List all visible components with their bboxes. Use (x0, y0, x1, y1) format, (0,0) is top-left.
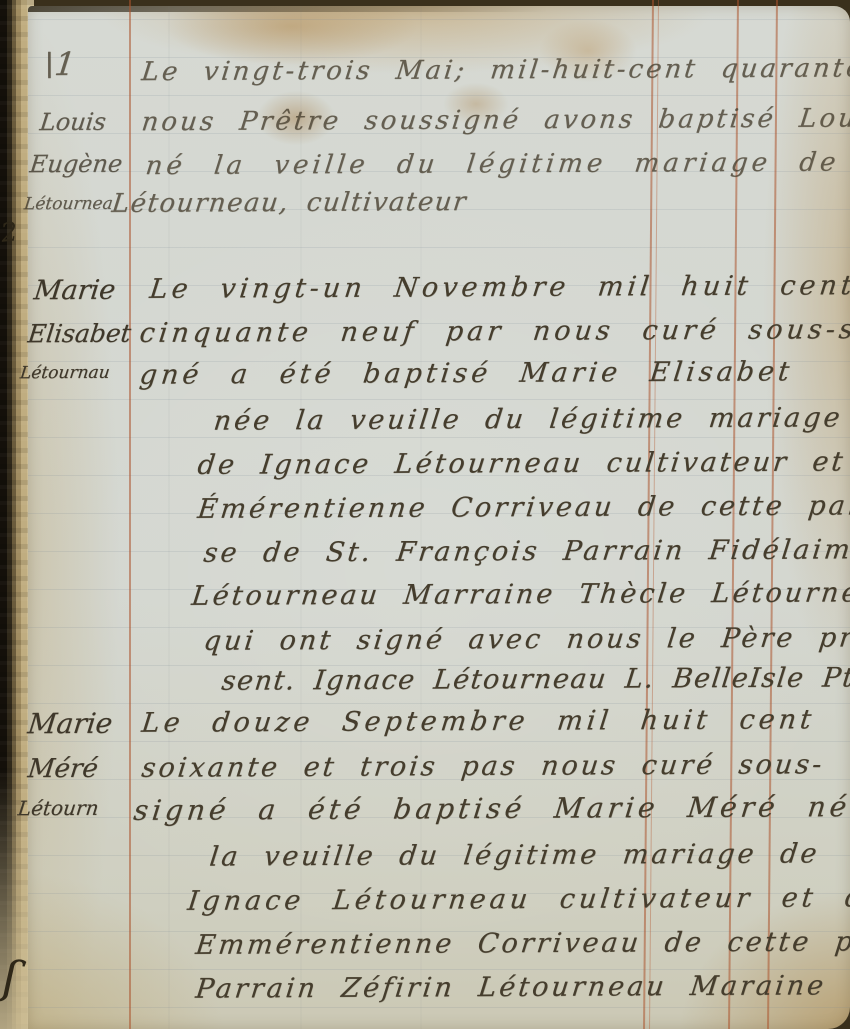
entry3-body-line4: la veuille du légitime mariage de (208, 840, 821, 870)
edge-ink-mark-1: 2 (0, 217, 19, 249)
entry3-body-line7: Parrain Zéfirin Létourneau Maraine (194, 972, 828, 1002)
entry2-body-line5: de Ignace Létourneau cultivateur et de (196, 448, 850, 479)
entry3-body-line1: Le douze Septembre mil huit cent (140, 706, 816, 737)
entry2-margin-name3: Létournau (19, 365, 111, 382)
entry3-margin-name1: Marie (26, 710, 114, 738)
entry1-margin-name2: Eugène (29, 152, 124, 176)
entry2-body-line2: cinquante neuf par nous curé sous-si (138, 316, 850, 347)
entry2-body-line7: se de St. François Parrain Fidélaime (202, 536, 850, 566)
entry2-margin-name2: Elisabet (26, 321, 132, 347)
entry3-body-line5: Ignace Létourneau cultivateur et de (186, 884, 850, 915)
entry1-margin-name1: Louis (39, 110, 108, 134)
entry3-margin-name2: Méré (26, 756, 99, 782)
entry2-body-line4: née la veuille du légitime mariage (212, 404, 844, 434)
margin-rule-left (129, 0, 131, 1029)
register-scan: \1 Le vingt-trois Mai; mil-huit-cent qua… (0, 0, 850, 1029)
entry3-body-line6: Emmérentienne Corriveau de cette para (194, 928, 850, 959)
entry1-body-line3: né la veille du légitime mariage de Loui… (144, 149, 850, 179)
entry2-body-line6: Émérentienne Corriveau de cette parois (196, 492, 850, 523)
entry1-margin-name3: Létournea (23, 196, 114, 213)
record-number: \1 (42, 48, 77, 80)
entry3-body-line3: signé a été baptisé Marie Méré né (132, 793, 850, 825)
entry2-margin-name1: Marie (32, 277, 116, 304)
entry1-body-line4: Létourneau, cultivateur (110, 189, 468, 217)
entry1-body-line1: Le vingt-trois Mai; mil-huit-cent quaran… (140, 55, 850, 85)
entry3-margin-name3: Létourn (17, 798, 100, 818)
entry1-body-line2: nous Prêtre soussigné avons baptisé Loui… (140, 105, 850, 136)
entry3-body-line2: soixante et trois pas nous curé sous- (140, 751, 826, 782)
entry2-body-line10: sent. Ignace Létourneau L. BelleIsle Ptr… (220, 664, 850, 694)
entry2-body-line8: Létourneau Marraine Thècle Létournean (190, 579, 850, 610)
entry2-body-line9: qui ont signé avec nous le Père pré- (202, 624, 850, 655)
entry2-body-line1: Le vingt-un Novembre mil huit cent (148, 272, 850, 303)
entry2-body-line3: gné a été baptisé Marie Elisabet (138, 358, 794, 388)
